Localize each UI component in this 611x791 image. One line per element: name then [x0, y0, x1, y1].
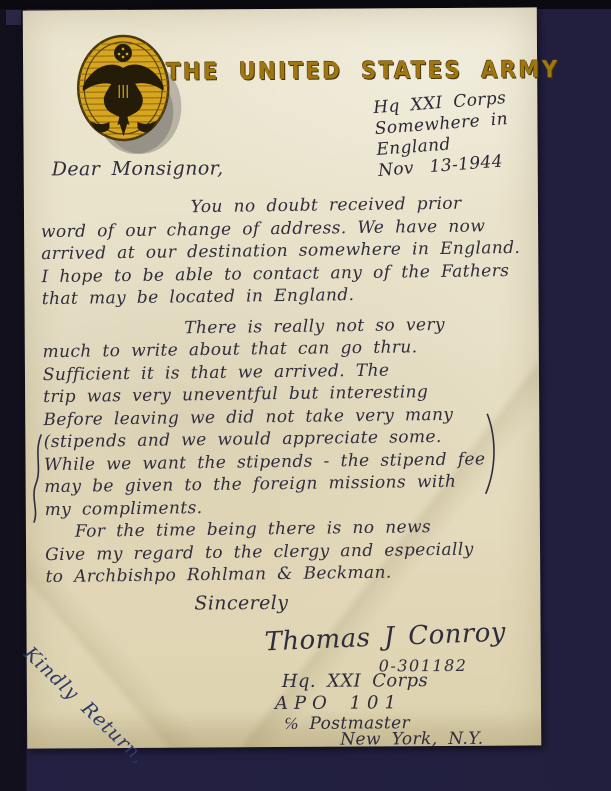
- scan-corner-notch: [6, 10, 21, 25]
- signature-apo: APO 101: [275, 692, 402, 714]
- letter-heading: Hq XXI Corps Somewhere in England Nov 13…: [373, 86, 541, 182]
- closing: Sincerely: [194, 592, 288, 615]
- letter-body: You no doubt received prior word of our …: [41, 192, 532, 589]
- army-eagle-seal-icon: [49, 26, 200, 163]
- letterhead-title: THE UNITED STATES ARMY: [166, 56, 560, 85]
- signature-unit: Hq. XXI Corps: [282, 670, 428, 692]
- signature-name: Thomas J Conroy: [264, 617, 506, 657]
- scanned-letter: THE UNITED STATES ARMY Hq XXI Corps Some…: [0, 0, 611, 791]
- left-brace-mark: [33, 434, 42, 522]
- letter-paper: THE UNITED STATES ARMY Hq XXI Corps Some…: [23, 7, 541, 748]
- salutation: Dear Monsignor,: [52, 157, 224, 180]
- kindly-return-annotation: Kindly Return,: [19, 643, 149, 769]
- signature-city: New York, N.Y.: [340, 729, 483, 750]
